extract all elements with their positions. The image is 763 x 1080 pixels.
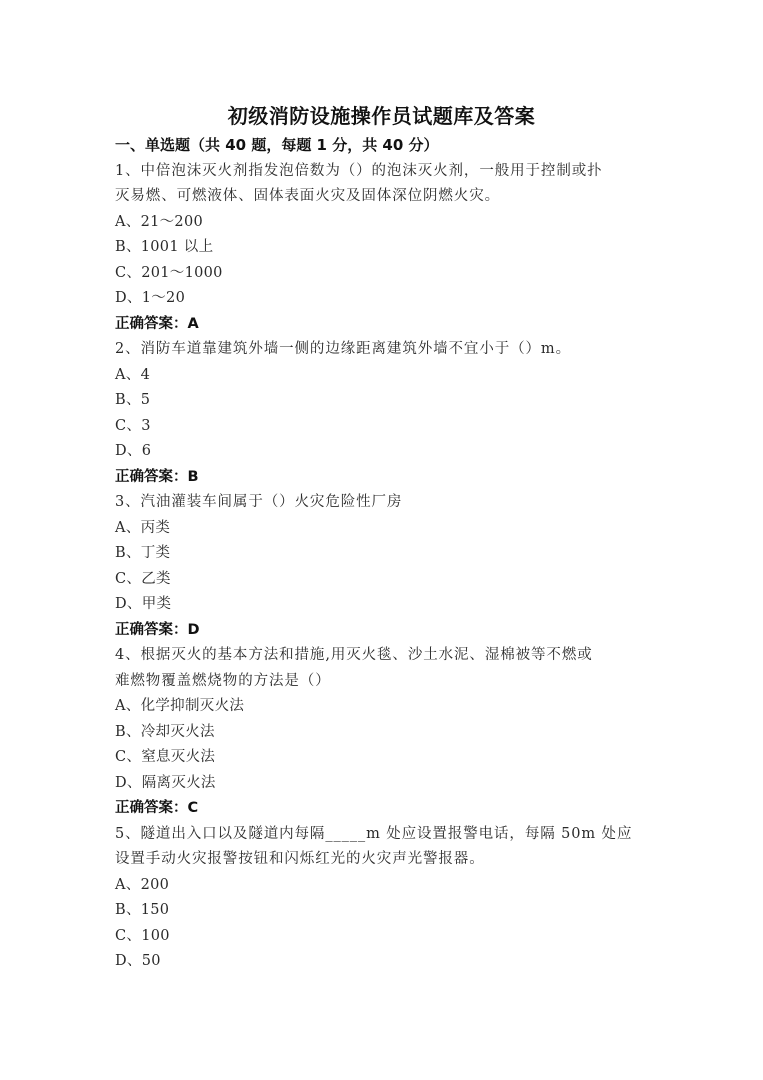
- option-d: D、甲类: [115, 592, 655, 618]
- option-a: A、200: [115, 873, 655, 899]
- question-text: 难燃物覆盖燃烧物的方法是（）: [115, 669, 655, 695]
- option-d: D、1～20: [115, 286, 655, 312]
- option-a: A、4: [115, 363, 655, 389]
- correct-answer: 正确答案：B: [115, 465, 655, 491]
- option-c: C、窒息灭火法: [115, 745, 655, 771]
- correct-answer: 正确答案：A: [115, 312, 655, 338]
- option-a: A、化学抑制灭火法: [115, 694, 655, 720]
- document-body: 一、单选题（共 40 题，每题 1 分，共 40 分） 1、中倍泡沫灭火剂指发泡…: [115, 133, 655, 975]
- option-b: B、冷却灭火法: [115, 720, 655, 746]
- option-b: B、150: [115, 898, 655, 924]
- question-text: 1、中倍泡沫灭火剂指发泡倍数为（）的泡沫灭火剂，一般用于控制或扑: [115, 159, 655, 185]
- document-title: 初级消防设施操作员试题库及答案: [0, 102, 763, 130]
- option-c: C、乙类: [115, 567, 655, 593]
- section-heading: 一、单选题（共 40 题，每题 1 分，共 40 分）: [115, 133, 655, 159]
- option-c: C、100: [115, 924, 655, 950]
- question-5: 5、隧道出入口以及隧道内每隔_____m 处应设置报警电话，每隔 50m 处应 …: [115, 822, 655, 975]
- option-a: A、21～200: [115, 210, 655, 236]
- option-c: C、201～1000: [115, 261, 655, 287]
- question-1: 1、中倍泡沫灭火剂指发泡倍数为（）的泡沫灭火剂，一般用于控制或扑 灭易燃、可燃液…: [115, 159, 655, 338]
- correct-answer: 正确答案：C: [115, 796, 655, 822]
- question-text: 4、根据灭火的基本方法和措施,用灭火毯、沙土水泥、湿棉被等不燃或: [115, 643, 655, 669]
- question-text: 3、汽油灌装车间属于（）火灾危险性厂房: [115, 490, 655, 516]
- option-c: C、3: [115, 414, 655, 440]
- option-b: B、1001 以上: [115, 235, 655, 261]
- correct-answer: 正确答案：D: [115, 618, 655, 644]
- option-d: D、6: [115, 439, 655, 465]
- question-text: 灭易燃、可燃液体、固体表面火灾及固体深位阴燃火灾。: [115, 184, 655, 210]
- option-b: B、丁类: [115, 541, 655, 567]
- option-d: D、隔离灭火法: [115, 771, 655, 797]
- option-a: A、丙类: [115, 516, 655, 542]
- question-2: 2、消防车道靠建筑外墙一侧的边缘距离建筑外墙不宜小于（）m。 A、4 B、5 C…: [115, 337, 655, 490]
- document-page: 初级消防设施操作员试题库及答案 一、单选题（共 40 题，每题 1 分，共 40…: [0, 0, 763, 1080]
- question-text: 2、消防车道靠建筑外墙一侧的边缘距离建筑外墙不宜小于（）m。: [115, 337, 655, 363]
- question-4: 4、根据灭火的基本方法和措施,用灭火毯、沙土水泥、湿棉被等不燃或 难燃物覆盖燃烧…: [115, 643, 655, 822]
- option-b: B、5: [115, 388, 655, 414]
- option-d: D、50: [115, 949, 655, 975]
- question-text: 5、隧道出入口以及隧道内每隔_____m 处应设置报警电话，每隔 50m 处应: [115, 822, 655, 848]
- question-3: 3、汽油灌装车间属于（）火灾危险性厂房 A、丙类 B、丁类 C、乙类 D、甲类 …: [115, 490, 655, 643]
- question-text: 设置手动火灾报警按钮和闪烁红光的火灾声光警报器。: [115, 847, 655, 873]
